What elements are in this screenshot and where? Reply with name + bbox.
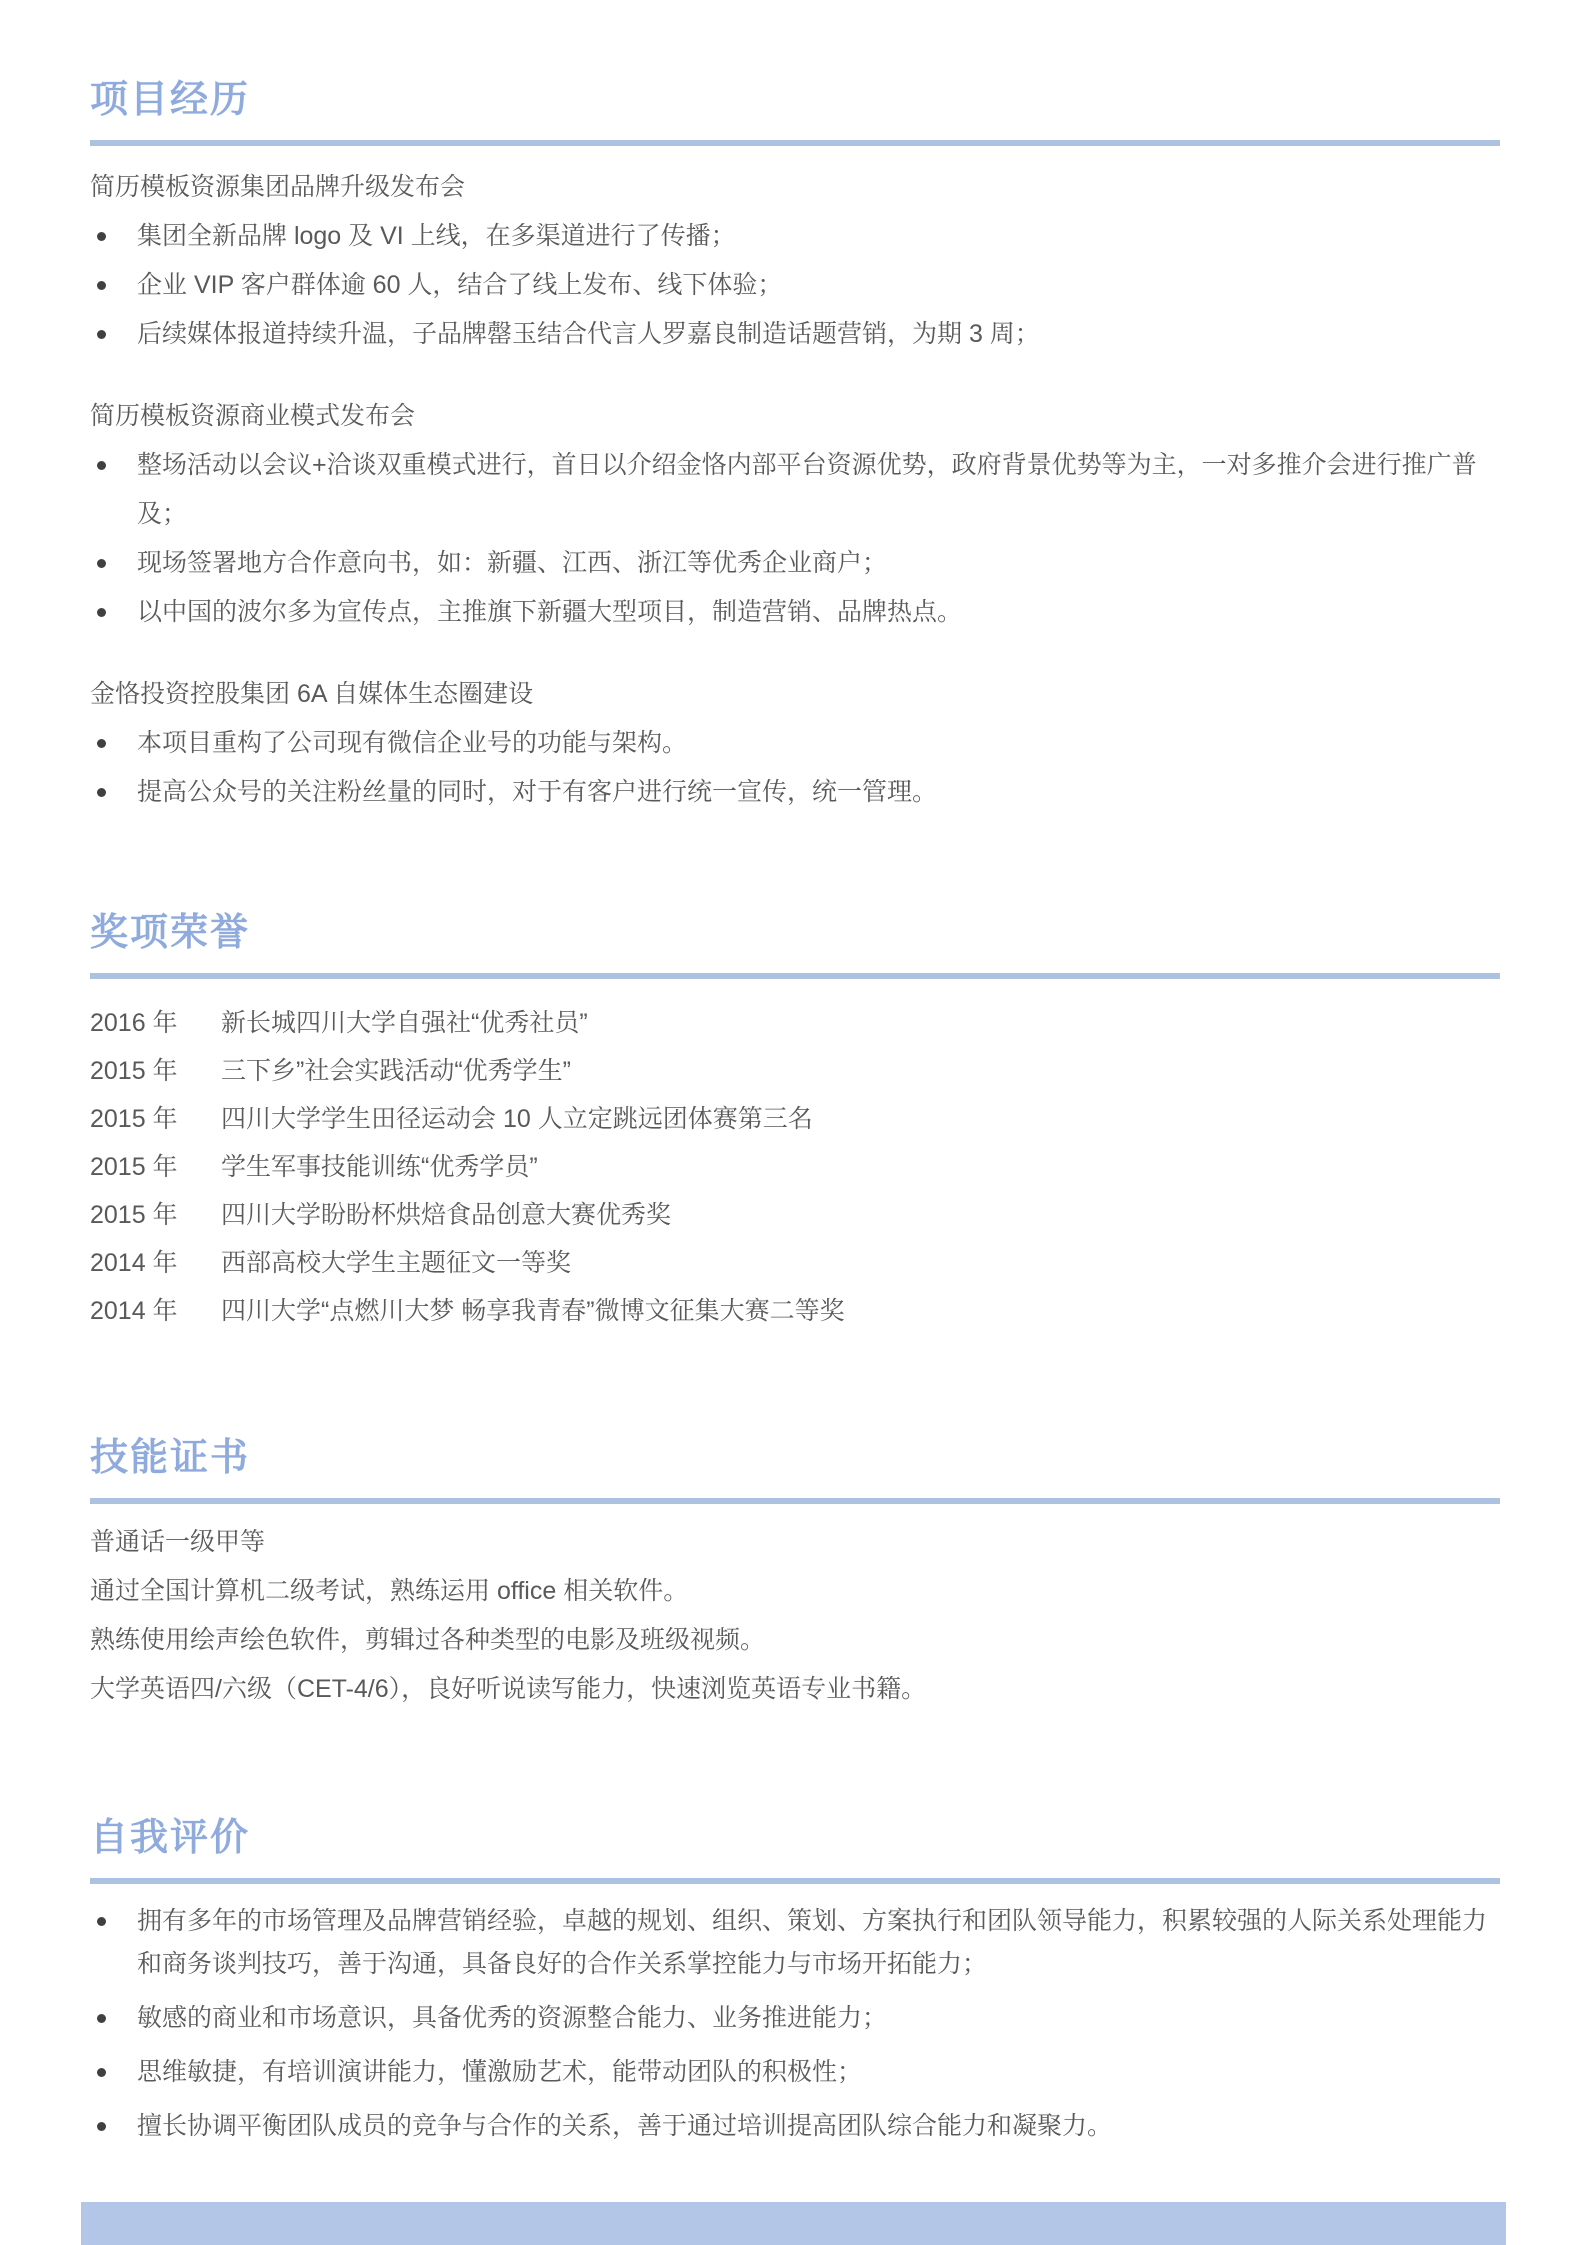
skills-body: 普通话一级甲等 通过全国计算机二级考试，熟练运用 office 相关软件。 熟练…: [90, 1518, 1500, 1714]
bullet-item: 集团全新品牌 logo 及 VI 上线，在多渠道进行了传播；: [90, 212, 1500, 261]
section-self-evaluation: 自我评价 拥有多年的市场管理及品牌营销经验，卓越的规划、组织、策划、方案执行和团…: [90, 1816, 1500, 2148]
bullet-item: 后续媒体报道持续升温，子品牌罄玉结合代言人罗嘉良制造话题营销，为期 3 周；: [90, 310, 1500, 359]
project-name: 金恪投资控股集团 6A 自媒体生态圈建设: [90, 670, 1500, 719]
award-text: 西部高校大学生主题征文一等奖: [221, 1239, 1500, 1287]
bullet-item: 以中国的波尔多为宣传点，主推旗下新疆大型项目，制造营销、品牌热点。: [90, 588, 1500, 637]
footer-bar: [81, 2202, 1506, 2245]
section-title-self-evaluation: 自我评价: [90, 1816, 1500, 1860]
award-item: 2015 年 四川大学学生田径运动会 10 人立定跳远团体赛第三名: [90, 1095, 1500, 1143]
bullet-dot: [97, 559, 106, 568]
bullet-text: 后续媒体报道持续升温，子品牌罄玉结合代言人罗嘉良制造话题营销，为期 3 周；: [137, 310, 1500, 359]
project-group: 简历模板资源集团品牌升级发布会 集团全新品牌 logo 及 VI 上线，在多渠道…: [90, 163, 1500, 359]
bullet-dot: [97, 608, 106, 617]
section-divider: [90, 1498, 1500, 1504]
bullet-text: 提高公众号的关注粉丝量的同时，对于有客户进行统一宣传，统一管理。: [137, 768, 1500, 817]
award-text: 四川大学学生田径运动会 10 人立定跳远团体赛第三名: [221, 1095, 1500, 1143]
skill-line: 熟练使用绘声绘色软件，剪辑过各种类型的电影及班级视频。: [90, 1616, 1500, 1665]
bullet-text: 整场活动以会议+洽谈双重模式进行，首日以介绍金恪内部平台资源优势，政府背景优势等…: [137, 441, 1500, 539]
section-skills-certificates: 技能证书 普通话一级甲等 通过全国计算机二级考试，熟练运用 office 相关软…: [90, 1436, 1500, 1714]
section-divider: [90, 1878, 1500, 1884]
bullet-item: 整场活动以会议+洽谈双重模式进行，首日以介绍金恪内部平台资源优势，政府背景优势等…: [90, 441, 1500, 539]
bullet-dot: [97, 232, 106, 241]
award-item: 2015 年 学生军事技能训练“优秀学员”: [90, 1143, 1500, 1191]
self-evaluation-body: 拥有多年的市场管理及品牌营销经验，卓越的规划、组织、策划、方案执行和团队领导能力…: [90, 1900, 1500, 2148]
awards-body: 2016 年 新长城四川大学自强社“优秀社员” 2015 年 三下乡”社会实践活…: [90, 999, 1500, 1335]
award-year: 2015 年: [90, 1047, 221, 1095]
award-text: 新长城四川大学自强社“优秀社员”: [221, 999, 1500, 1047]
skill-line: 通过全国计算机二级考试，熟练运用 office 相关软件。: [90, 1567, 1500, 1616]
award-year: 2014 年: [90, 1239, 221, 1287]
section-divider: [90, 973, 1500, 979]
skill-line: 大学英语四/六级（CET-4/6），良好听说读写能力，快速浏览英语专业书籍。: [90, 1665, 1500, 1714]
bullet-item: 企业 VIP 客户群体逾 60 人，结合了线上发布、线下体验；: [90, 261, 1500, 310]
bullet-item: 现场签署地方合作意向书，如：新疆、江西、浙江等优秀企业商户；: [90, 539, 1500, 588]
award-year: 2014 年: [90, 1287, 221, 1335]
award-year: 2015 年: [90, 1143, 221, 1191]
award-item: 2015 年 三下乡”社会实践活动“优秀学生”: [90, 1047, 1500, 1095]
project-experience-body: 简历模板资源集团品牌升级发布会 集团全新品牌 logo 及 VI 上线，在多渠道…: [90, 163, 1500, 817]
bullet-dot: [97, 1917, 106, 1926]
bullet-dot: [97, 2014, 106, 2023]
section-title-skills: 技能证书: [90, 1436, 1500, 1480]
bullet-text: 集团全新品牌 logo 及 VI 上线，在多渠道进行了传播；: [137, 212, 1500, 261]
bullet-dot: [97, 788, 106, 797]
section-awards: 奖项荣誉 2016 年 新长城四川大学自强社“优秀社员” 2015 年 三下乡”…: [90, 911, 1500, 1335]
award-year: 2015 年: [90, 1095, 221, 1143]
bullet-item: 敏感的商业和市场意识，具备优秀的资源整合能力、业务推进能力；: [90, 1997, 1500, 2040]
project-name: 简历模板资源商业模式发布会: [90, 392, 1500, 441]
bullet-dot: [97, 739, 106, 748]
award-year: 2016 年: [90, 999, 221, 1047]
bullet-item: 拥有多年的市场管理及品牌营销经验，卓越的规划、组织、策划、方案执行和团队领导能力…: [90, 1900, 1500, 1986]
project-name: 简历模板资源集团品牌升级发布会: [90, 163, 1500, 212]
award-item: 2014 年 四川大学“点燃川大梦 畅享我青春”微博文征集大赛二等奖: [90, 1287, 1500, 1335]
award-year: 2015 年: [90, 1191, 221, 1239]
bullet-text: 本项目重构了公司现有微信企业号的功能与架构。: [137, 719, 1500, 768]
bullet-dot: [97, 330, 106, 339]
award-item: 2015 年 四川大学盼盼杯烘焙食品创意大赛优秀奖: [90, 1191, 1500, 1239]
section-project-experience: 项目经历 简历模板资源集团品牌升级发布会 集团全新品牌 logo 及 VI 上线…: [90, 78, 1500, 817]
bullet-text: 思维敏捷，有培训演讲能力，懂激励艺术，能带动团队的积极性；: [137, 2051, 1500, 2094]
section-divider: [90, 140, 1500, 146]
section-title-project-experience: 项目经历: [90, 78, 1500, 122]
award-item: 2014 年 西部高校大学生主题征文一等奖: [90, 1239, 1500, 1287]
bullet-text: 现场签署地方合作意向书，如：新疆、江西、浙江等优秀企业商户；: [137, 539, 1500, 588]
project-group: 金恪投资控股集团 6A 自媒体生态圈建设 本项目重构了公司现有微信企业号的功能与…: [90, 670, 1500, 817]
bullet-dot: [97, 2122, 106, 2131]
bullet-dot: [97, 281, 106, 290]
bullet-item: 擅长协调平衡团队成员的竞争与合作的关系，善于通过培训提高团队综合能力和凝聚力。: [90, 2105, 1500, 2148]
award-item: 2016 年 新长城四川大学自强社“优秀社员”: [90, 999, 1500, 1047]
bullet-item: 思维敏捷，有培训演讲能力，懂激励艺术，能带动团队的积极性；: [90, 2051, 1500, 2094]
award-text: 四川大学盼盼杯烘焙食品创意大赛优秀奖: [221, 1191, 1500, 1239]
bullet-dot: [97, 461, 106, 470]
bullet-text: 以中国的波尔多为宣传点，主推旗下新疆大型项目，制造营销、品牌热点。: [137, 588, 1500, 637]
resume-page: { "document": { "colors": { "accent": "#…: [0, 0, 1587, 2245]
bullet-item: 本项目重构了公司现有微信企业号的功能与架构。: [90, 719, 1500, 768]
section-title-awards: 奖项荣誉: [90, 911, 1500, 955]
award-text: 学生军事技能训练“优秀学员”: [221, 1143, 1500, 1191]
bullet-text: 擅长协调平衡团队成员的竞争与合作的关系，善于通过培训提高团队综合能力和凝聚力。: [137, 2105, 1500, 2148]
award-text: 四川大学“点燃川大梦 畅享我青春”微博文征集大赛二等奖: [221, 1287, 1500, 1335]
bullet-item: 提高公众号的关注粉丝量的同时，对于有客户进行统一宣传，统一管理。: [90, 768, 1500, 817]
bullet-text: 拥有多年的市场管理及品牌营销经验，卓越的规划、组织、策划、方案执行和团队领导能力…: [137, 1900, 1500, 1986]
award-text: 三下乡”社会实践活动“优秀学生”: [221, 1047, 1500, 1095]
project-group: 简历模板资源商业模式发布会 整场活动以会议+洽谈双重模式进行，首日以介绍金恪内部…: [90, 392, 1500, 637]
skill-line: 普通话一级甲等: [90, 1518, 1500, 1567]
bullet-text: 敏感的商业和市场意识，具备优秀的资源整合能力、业务推进能力；: [137, 1997, 1500, 2040]
bullet-text: 企业 VIP 客户群体逾 60 人，结合了线上发布、线下体验；: [137, 261, 1500, 310]
bullet-dot: [97, 2068, 106, 2077]
